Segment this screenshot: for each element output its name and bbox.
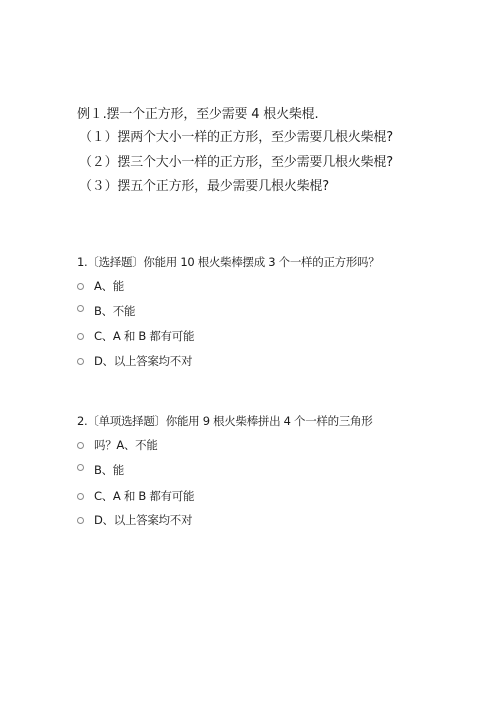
- option-label: B、不能: [94, 306, 135, 318]
- question-2-option-b[interactable]: B、能: [77, 465, 124, 477]
- example-item-1: （１）摆两个大小一样的正方形，至少需要几根火柴棍?: [79, 131, 393, 144]
- radio-icon[interactable]: [77, 333, 84, 340]
- option-label: 吗？A、不能: [94, 440, 158, 452]
- question-1-option-d[interactable]: D、以上答案均不对: [77, 356, 192, 368]
- question-1-option-a[interactable]: A、能: [77, 281, 124, 293]
- radio-icon[interactable]: [77, 517, 84, 524]
- radio-icon[interactable]: [77, 305, 84, 312]
- option-label: C、A 和 B 都有可能: [94, 491, 194, 503]
- option-label: A、能: [94, 281, 124, 293]
- example-item-2: （２）摆三个大小一样的正方形，至少需要几根火柴棍?: [79, 156, 393, 169]
- question-2-option-c[interactable]: C、A 和 B 都有可能: [77, 491, 194, 503]
- radio-icon[interactable]: [77, 358, 84, 365]
- question-2-option-d[interactable]: D、以上答案均不对: [77, 515, 192, 527]
- question-1-prompt: 1.〔选择题〕你能用 10 根火柴棒摆成 3 个一样的正方形吗？: [77, 257, 379, 269]
- option-label: B、能: [94, 465, 124, 477]
- radio-icon[interactable]: [77, 283, 84, 290]
- question-2-option-a[interactable]: 吗？A、不能: [77, 440, 158, 452]
- radio-icon[interactable]: [77, 493, 84, 500]
- question-2-prompt: 2.〔单项选择题〕你能用 9 根火柴棒拼出 4 个一样的三角形: [77, 416, 372, 428]
- option-label: C、A 和 B 都有可能: [94, 331, 194, 343]
- option-label: D、以上答案均不对: [94, 356, 192, 368]
- radio-icon[interactable]: [77, 442, 84, 449]
- question-1-option-c[interactable]: C、A 和 B 都有可能: [77, 331, 194, 343]
- example-title: 例１.摆一个正方形，至少需要 4 根火柴棍.: [77, 108, 318, 121]
- example-item-3: （３）摆五个正方形，最少需要几根火柴棍?: [79, 180, 329, 193]
- option-label: D、以上答案均不对: [94, 515, 192, 527]
- question-1-option-b[interactable]: B、不能: [77, 306, 135, 318]
- radio-icon[interactable]: [77, 464, 84, 471]
